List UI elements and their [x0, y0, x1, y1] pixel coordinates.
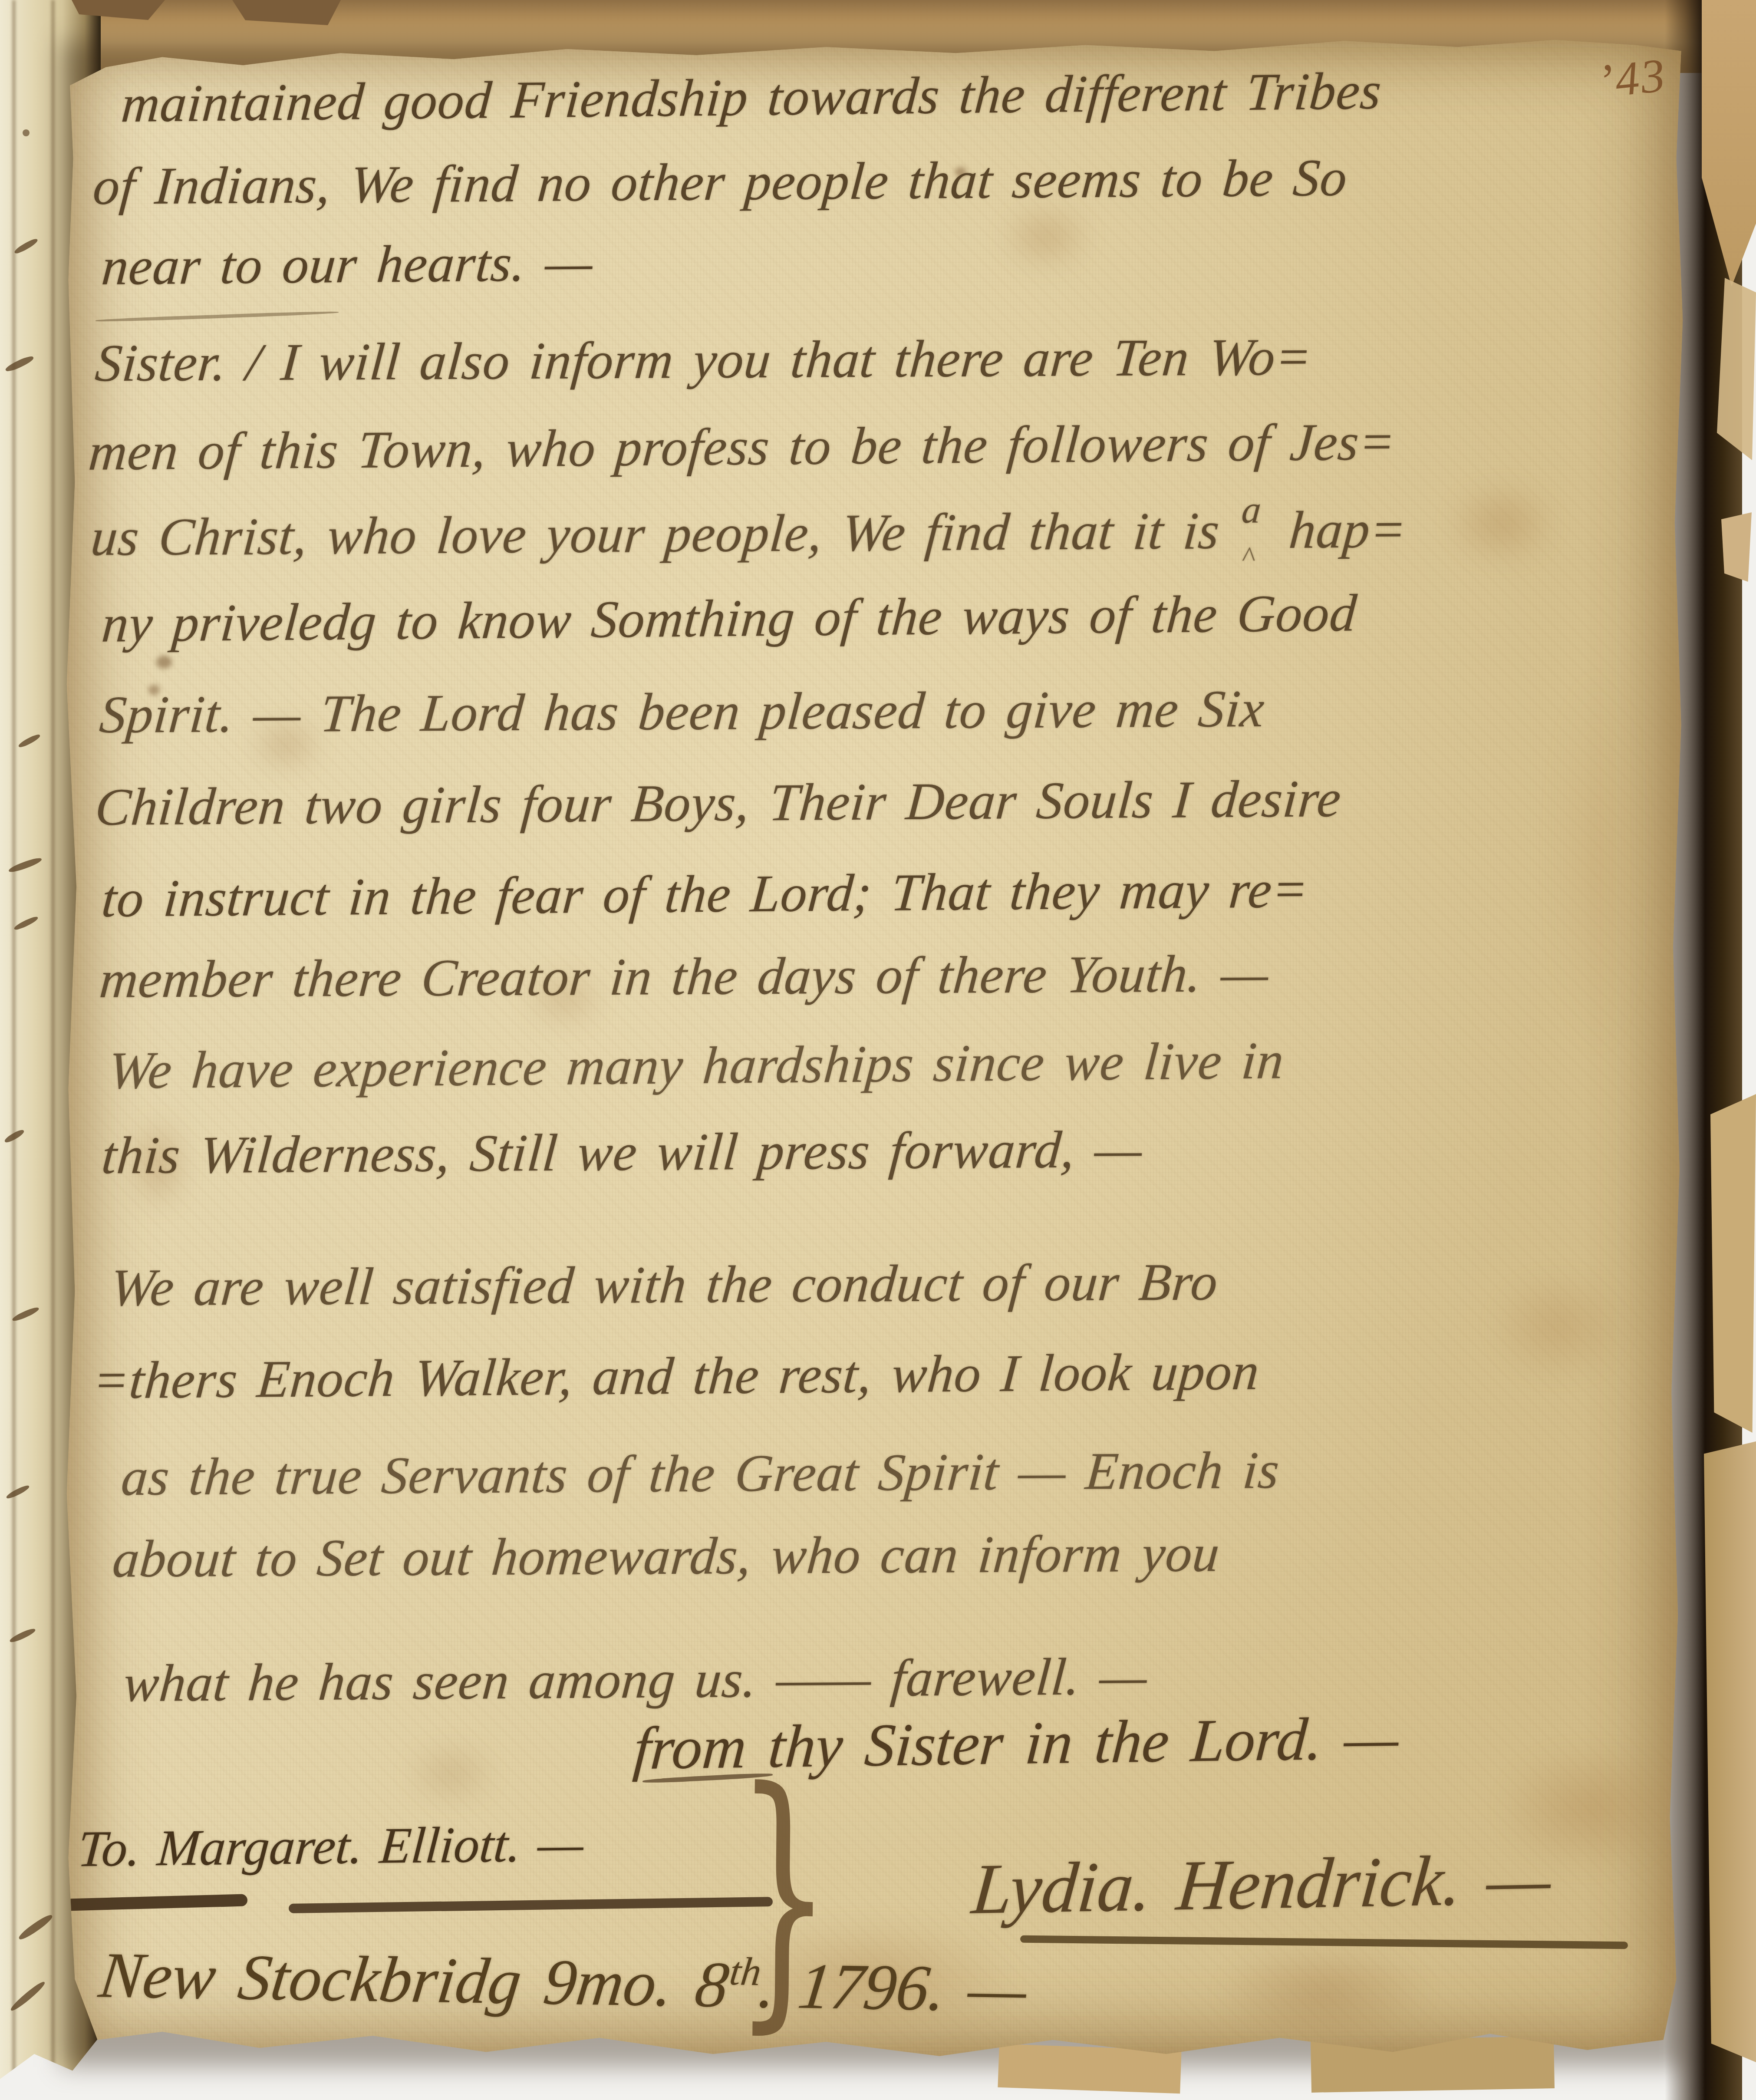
manuscript-line-1: maintained good Friendship towards the d… — [119, 61, 1384, 135]
place-date-text: New Stockbridg 9mo. 8 — [96, 1939, 733, 2021]
torn-page-fragment — [1704, 1441, 1756, 2062]
paper-stain — [1216, 1943, 1433, 2043]
manuscript-line-6: us Christ, who love your people, We find… — [89, 500, 1409, 569]
manuscript-line-14: We are well satisfied with the conduct o… — [108, 1252, 1220, 1318]
signature-underline — [1020, 1935, 1628, 1949]
torn-page-fragment — [1721, 512, 1752, 582]
manuscript-line-9: Children two girls four Boys, Their Dear… — [93, 768, 1344, 838]
manuscript-line-13: this Wilderness, Still we will press for… — [99, 1119, 1145, 1187]
ordinal-superscript: th — [728, 1949, 764, 1994]
manuscript-line-16: as the true Servants of the Great Spirit… — [119, 1440, 1282, 1508]
page-crease — [51, 0, 55, 2087]
manuscript-line-11: member there Creator in the days of ther… — [97, 943, 1271, 1010]
paper-stain — [404, 1739, 499, 1808]
manuscript-line-4: Sister. / I will also inform you that th… — [93, 327, 1314, 394]
paper-stain — [998, 202, 1094, 271]
signature-line: Lydia. Hendrick. — — [969, 1838, 1555, 1931]
manuscript-line-18: what he has seen among us. —— farewell. … — [121, 1646, 1150, 1714]
foxing-spot — [156, 656, 172, 669]
addressee-line: To. Margaret. Elliott. — — [76, 1814, 586, 1879]
manuscript-line-12: We have experience many hardships since … — [106, 1030, 1286, 1101]
year-text: . 1796. — — [755, 1949, 1031, 2025]
manuscript-page: ’43 maintained good Friendship towards t… — [65, 37, 1684, 2060]
manuscript-line-10: to instruct in the fear of the Lord; Tha… — [99, 859, 1311, 930]
manuscript-line-7: ny priveledg to know Somthing of the way… — [100, 583, 1359, 654]
manuscript-line-5: men of this Town, who profess to be the … — [86, 412, 1397, 483]
manuscript-line-17: about to Set out homewards, who can info… — [110, 1523, 1222, 1589]
manuscript-line-8: Spirit. — The Lord has been pleased to g… — [97, 679, 1267, 745]
page-crease — [12, 0, 16, 2087]
left-page-ink-fragment — [23, 129, 30, 136]
paper-stain — [1489, 1270, 1628, 1383]
left-page-ink-fragment — [5, 1484, 30, 1500]
manuscript-line-2: of Indians, We find no other people that… — [91, 148, 1349, 217]
place-date-line: New Stockbridg 9mo. 8th. 1796. — — [96, 1938, 1031, 2027]
left-page-ink-fragment — [13, 915, 39, 932]
paper-stain — [1550, 666, 1645, 1057]
manuscript-line-15: =thers Enoch Walker, and the rest, who I… — [91, 1341, 1262, 1411]
addressee-underline — [289, 1897, 773, 1913]
page-number: ’43 — [1595, 47, 1669, 109]
manuscript-line-3: near to our hearts. — — [100, 232, 596, 297]
left-page-ink-fragment — [4, 354, 35, 373]
paper-stain — [1446, 480, 1558, 567]
pen-flourish — [96, 310, 339, 323]
left-page-ink-fragment — [17, 1912, 54, 1942]
left-page-ink-fragment — [17, 733, 41, 749]
addressee-underline — [65, 1894, 248, 1911]
inserted-word-above-line: a^ — [1238, 544, 1269, 548]
torn-page-fragment — [1710, 1094, 1756, 1433]
left-page-ink-fragment — [13, 237, 39, 255]
